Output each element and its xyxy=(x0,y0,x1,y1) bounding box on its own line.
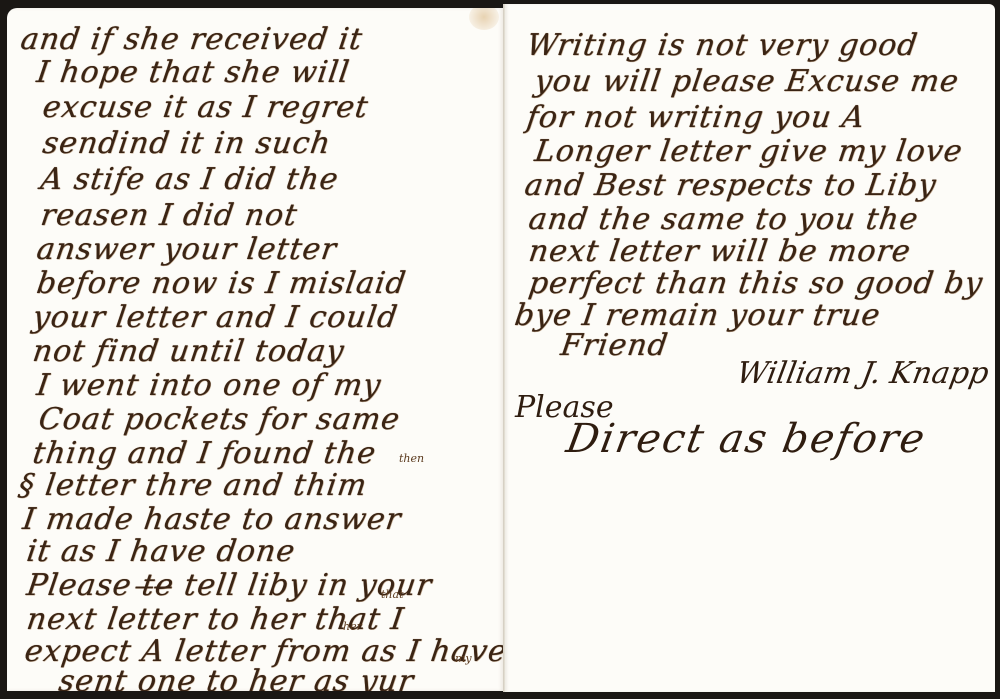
paper-stain xyxy=(469,8,499,30)
right-page: Writing is not very good you will please… xyxy=(505,4,995,692)
letter-line: Please t̶e̶ tell liby in your xyxy=(25,568,435,603)
letter-line: I made haste to answer xyxy=(21,502,404,537)
left-page: and if she received it I hope that she w… xyxy=(7,8,503,691)
letter-line: I hope that she will xyxy=(35,55,353,90)
letter-line: you will please Excuse me xyxy=(533,64,962,99)
insertion-then: then xyxy=(399,452,424,465)
letter-line: and the same to you the xyxy=(527,202,921,237)
letter-line: reasen I did not xyxy=(39,198,300,233)
insertion-my: my xyxy=(455,652,472,665)
letter-line: excuse it as I regret xyxy=(41,90,371,125)
letter-line: I went into one of my xyxy=(35,368,384,403)
postscript-direction: Direct as before xyxy=(563,416,930,462)
signature: William J. Knapp xyxy=(734,356,992,391)
letter-line: answer your letter xyxy=(35,232,340,267)
letter-line: Friend xyxy=(559,328,671,363)
letter-line: next letter will be more xyxy=(527,234,914,269)
letter-line: thing and I found the xyxy=(31,436,379,471)
letter-line: § letter thre and thim xyxy=(17,468,370,503)
letter-line: not find until today xyxy=(31,334,347,369)
letter-line: sendind it in such xyxy=(41,126,334,161)
letter-line: Writing is not very good xyxy=(525,28,921,63)
letter-line: and if she received it xyxy=(19,22,365,57)
letter-line: and Best respects to Liby xyxy=(523,168,939,203)
insertion-her: her xyxy=(343,620,362,633)
letter-line: Longer letter give my love xyxy=(533,134,965,169)
letter-line: before now is I mislaid xyxy=(35,266,409,301)
letter-line: A stife as I did the xyxy=(39,162,341,197)
letter-line: Coat pockets for same xyxy=(37,402,403,437)
insertion-that: that xyxy=(381,588,403,601)
letter-line: your letter and I could xyxy=(31,300,401,335)
letter-line: sent one to her as yur xyxy=(57,664,417,691)
letter-line: for not writing you A xyxy=(525,100,868,135)
letter-line: perfect than this so good by xyxy=(527,266,986,301)
letter-line: it as I have done xyxy=(25,534,298,569)
